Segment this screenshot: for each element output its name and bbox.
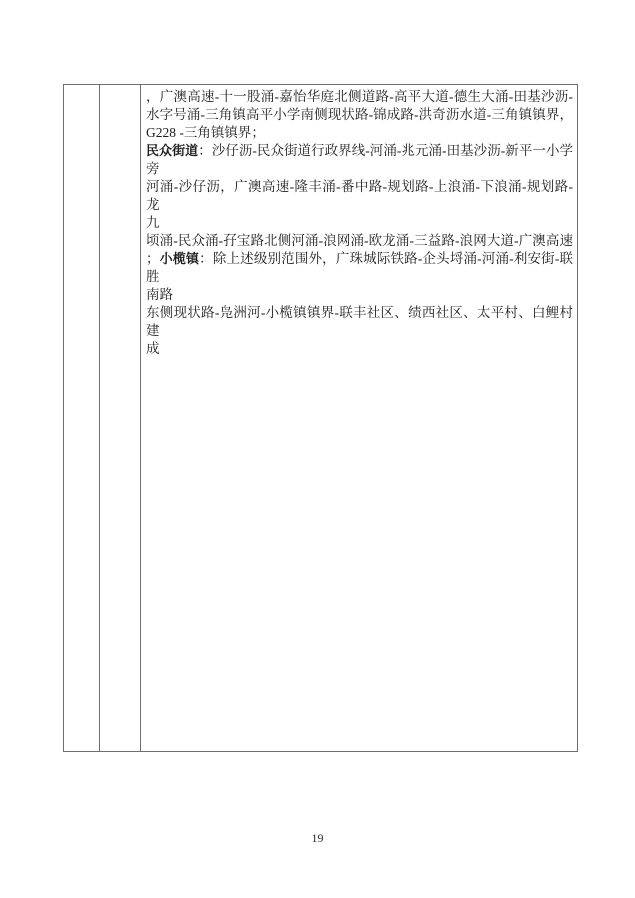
text-segment: 顷涌-民众涌-孖宝路北侧河涌-浪网涌-欧龙涌-三益路-浪网大道-广澳高速 (146, 233, 573, 248)
table-cell-content: ，广澳高速-十一股涌-嘉怡华庭北侧道路-高平大道-德生大涌-田基沙沥-水字号涌-… (141, 85, 577, 751)
text-line: 水字号涌-三角镇高平小学南侧现状路-锦成路-洪奇沥水道-三角镇镇界， (146, 106, 573, 124)
section-heading: 小榄镇 (160, 251, 200, 266)
text-segment: 旁 (146, 161, 160, 176)
section-heading: 民众街道 (146, 143, 198, 158)
text-line: 河涌-沙仔沥，广澳高速-隆丰涌-番中路-规划路-上浪涌-下浪涌-规划路-龙 (146, 178, 573, 214)
text-segment: 东侧现状路-凫洲河-小榄镇镇界-联丰社区、绩西社区、太平村、白鲤村建 (146, 305, 573, 338)
text-line: 民众街道：沙仔沥-民众街道行政界线-河涌-兆元涌-田基沙沥-新平一小学 (146, 142, 573, 160)
text-segment: 南路 (146, 287, 173, 302)
text-line: 成 (146, 340, 573, 358)
table-cell-middle-empty (100, 85, 141, 751)
text-line: G228 -三角镇镇界； (146, 124, 573, 142)
text-line: 南路 (146, 286, 573, 304)
text-line: ，广澳高速-十一股涌-嘉怡华庭北侧道路-高平大道-德生大涌-田基沙沥- (146, 88, 573, 106)
text-segment: ，广澳高速-十一股涌-嘉怡华庭北侧道路-高平大道-德生大涌-田基沙沥- (146, 89, 573, 104)
page-number: 19 (0, 831, 635, 846)
boundary-description-table: ，广澳高速-十一股涌-嘉怡华庭北侧道路-高平大道-德生大涌-田基沙沥-水字号涌-… (63, 84, 578, 752)
text-segment: G228 -三角镇镇界； (146, 125, 265, 140)
text-segment: 成 (146, 341, 160, 356)
text-segment: 水字号涌-三角镇高平小学南侧现状路-锦成路-洪奇沥水道-三角镇镇界， (146, 107, 573, 122)
text-line: ；小榄镇：除上述级别范围外，广珠城际铁路-企头埒涌-河涌-利安街-联胜 (146, 250, 573, 286)
content-text-block: ，广澳高速-十一股涌-嘉怡华庭北侧道路-高平大道-德生大涌-田基沙沥-水字号涌-… (146, 88, 573, 358)
text-line: 顷涌-民众涌-孖宝路北侧河涌-浪网涌-欧龙涌-三益路-浪网大道-广澳高速 (146, 232, 573, 250)
table-cell-left-empty (64, 85, 100, 751)
text-segment: ； (146, 251, 160, 266)
text-segment: ：沙仔沥-民众街道行政界线-河涌-兆元涌-田基沙沥-新平一小学 (198, 143, 573, 158)
text-segment: ：除上述级别范围外，广珠城际铁路-企头埒涌-河涌-利安街-联胜 (146, 251, 573, 284)
text-line: 东侧现状路-凫洲河-小榄镇镇界-联丰社区、绩西社区、太平村、白鲤村建 (146, 304, 573, 340)
text-line: 旁 (146, 160, 573, 178)
text-line: 九 (146, 214, 573, 232)
text-segment: 九 (146, 215, 160, 230)
text-segment: 河涌-沙仔沥，广澳高速-隆丰涌-番中路-规划路-上浪涌-下浪涌-规划路-龙 (146, 179, 573, 212)
